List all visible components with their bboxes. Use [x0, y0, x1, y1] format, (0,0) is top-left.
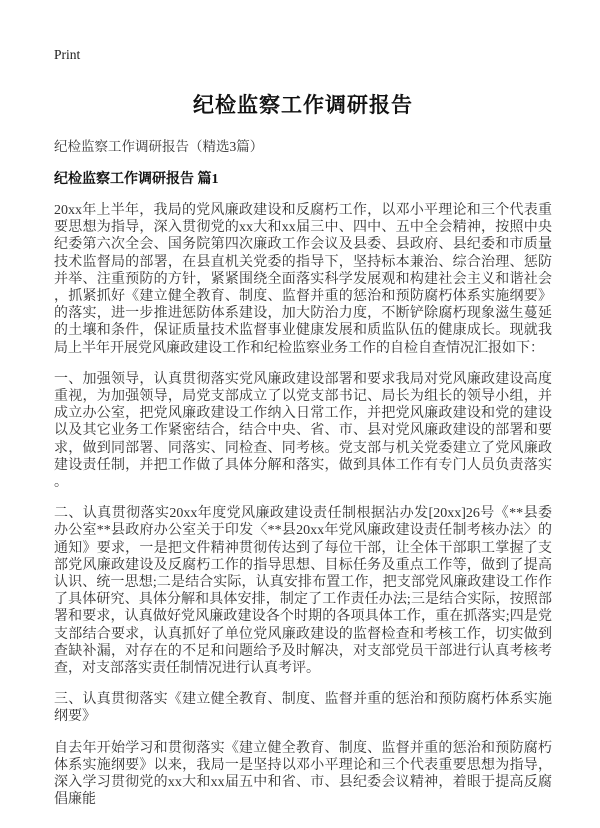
section-heading-part1: 纪检监察工作调研报告 篇1: [54, 168, 552, 188]
paragraph-intro: 20xx年上半年，我局的党风廉政建设和反腐朽工作，以邓小平理论和三个代表重要思想…: [54, 202, 552, 357]
paragraph-section-two: 二、认真贯彻落实20xx年度党风廉政建设责任制根据沾办发[20xx]26号《**…: [54, 505, 552, 677]
paragraph-section-one: 一、加强领导，认真贯彻落实党风廉政建设部署和要求我局对党风廉政建设高度重视，为加…: [54, 371, 552, 491]
document-title: 纪检监察工作调研报告: [54, 89, 552, 119]
document-page: Print 纪检监察工作调研报告 纪检监察工作调研报告（精选3篇） 纪检监察工作…: [0, 0, 600, 828]
paragraph-section-three-heading: 三、认真贯彻落实《建立健全教育、制度、监督并重的惩治和预防腐朽体系实施纲要》: [54, 691, 552, 725]
print-button[interactable]: Print: [54, 47, 80, 63]
paragraph-section-three-body: 自去年开始学习和贯彻落实《建立健全教育、制度、监督并重的惩治和预防腐朽体系实施纲…: [54, 740, 552, 809]
document-subtitle: 纪检监察工作调研报告（精选3篇）: [54, 135, 552, 155]
